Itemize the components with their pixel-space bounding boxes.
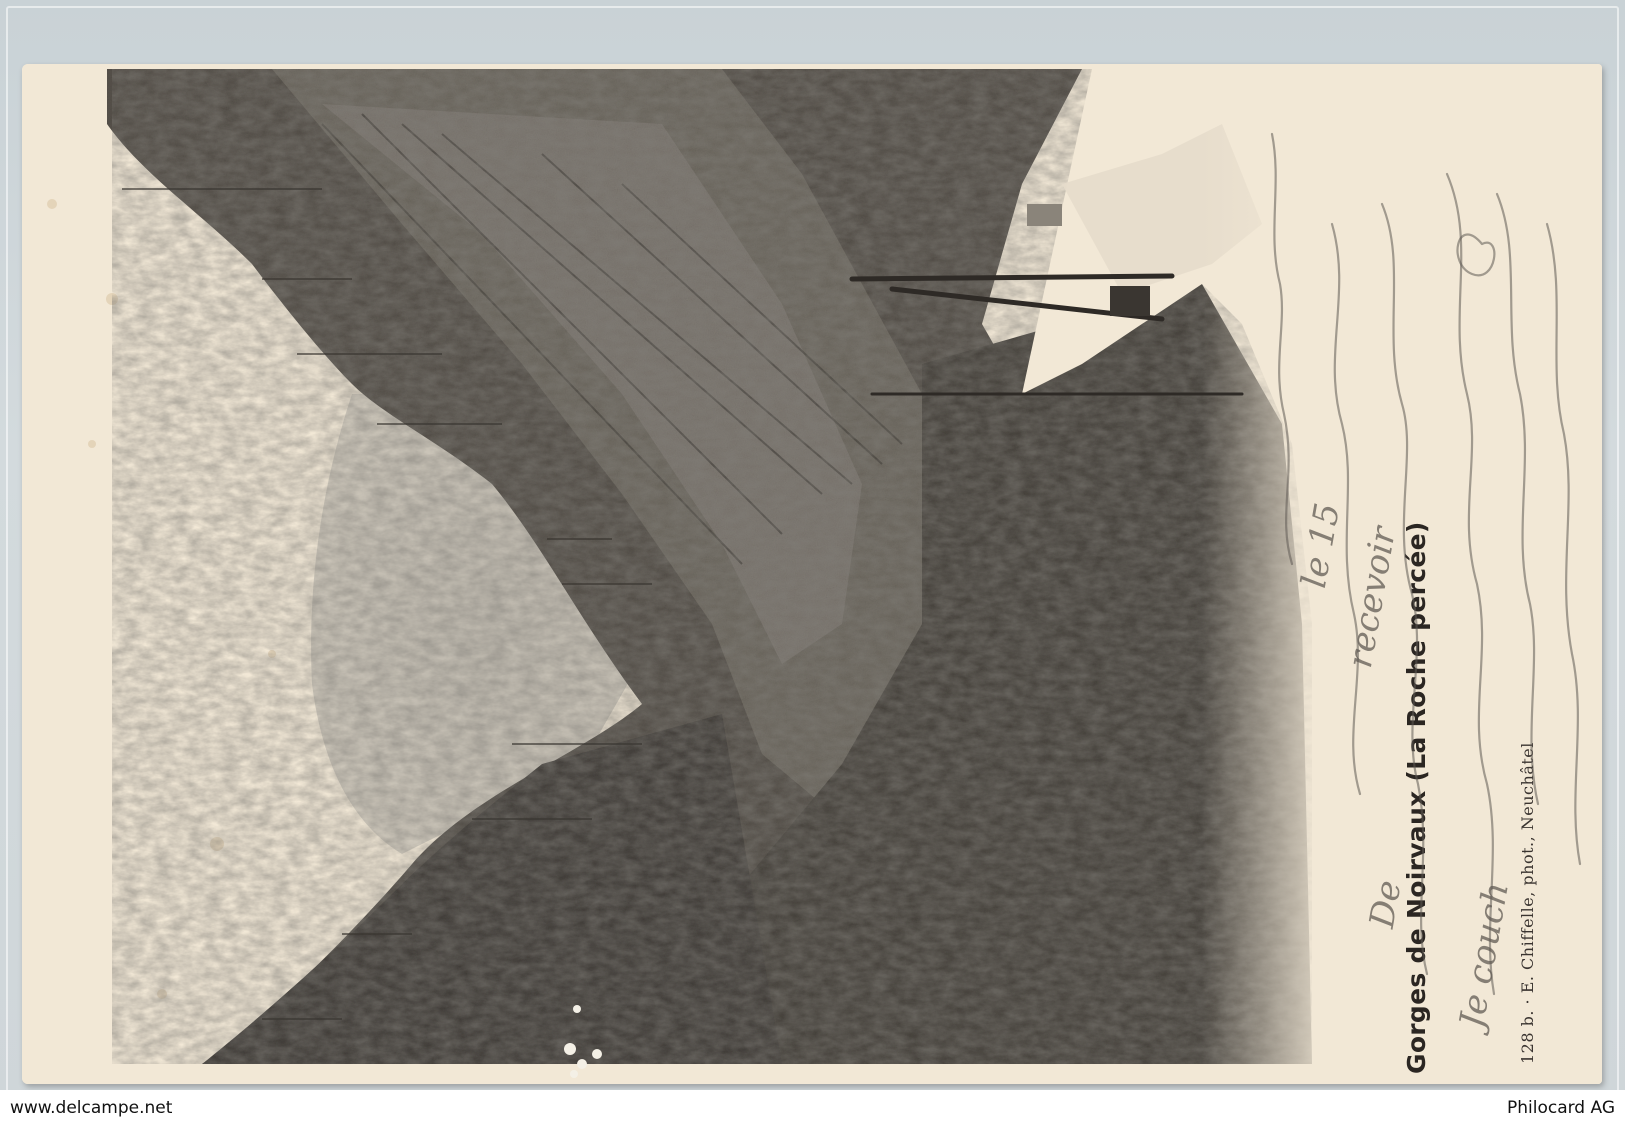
handwriting-strokes — [1242, 94, 1602, 1074]
watermark-bar: www.delcampe.net Philocard AG — [0, 1090, 1625, 1128]
watermark-philocard: Philocard AG — [1507, 1098, 1615, 1118]
watermark-delcampe: www.delcampe.net — [10, 1098, 172, 1118]
postcard: Gorges de Noirvaux (La Roche percée) 128… — [22, 64, 1602, 1084]
